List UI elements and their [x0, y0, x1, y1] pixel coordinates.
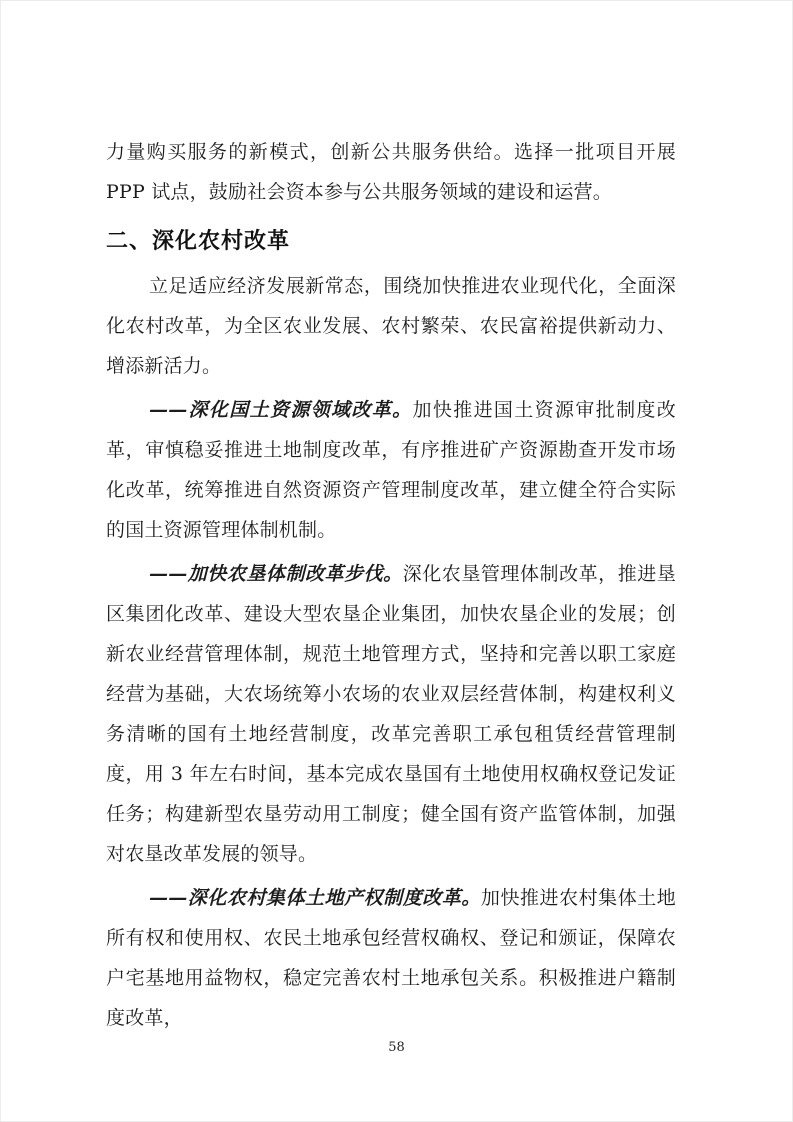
document-page: 力量购买服务的新模式，创新公共服务供给。选择一批项目开展 PPP 试点，鼓励社会… [0, 0, 793, 1122]
page-number: 58 [1, 1039, 792, 1057]
document-text-body: 力量购买服务的新模式，创新公共服务供给。选择一批项目开展 PPP 试点，鼓励社会… [106, 132, 676, 1042]
item-body-state-farms: 深化农垦管理体制改革，推进垦区集团化改革、建设大型农垦企业集团，加快农垦企业的发… [106, 563, 676, 865]
item-lead-land-resources: ——深化国土资源领域改革。 [149, 399, 413, 421]
paragraph-item-state-farms: ——加快农垦体制改革步伐。深化农垦管理体制改革，推进垦区集团化改革、建设大型农垦… [106, 554, 676, 874]
section-heading: 二、深化农村改革 [106, 221, 676, 263]
paragraph-intro: 立足适应经济发展新常态，围绕加快推进农业现代化，全面深化农村改革，为全区农业发展… [106, 266, 676, 386]
paragraph-item-collective-land: ——深化农村集体土地产权制度改革。加快推进农村集体土地所有权和使用权、农民土地承… [106, 878, 676, 1038]
paragraph-continuation: 力量购买服务的新模式，创新公共服务供给。选择一批项目开展 PPP 试点，鼓励社会… [106, 132, 676, 212]
paragraph-item-land-resources: ——深化国土资源领域改革。加快推进国土资源审批制度改革，审慎稳妥推进土地制度改革… [106, 390, 676, 550]
item-lead-collective-land: ——深化农村集体土地产权制度改革。 [149, 887, 481, 909]
item-lead-state-farms: ——加快农垦体制改革步伐。 [149, 563, 403, 585]
